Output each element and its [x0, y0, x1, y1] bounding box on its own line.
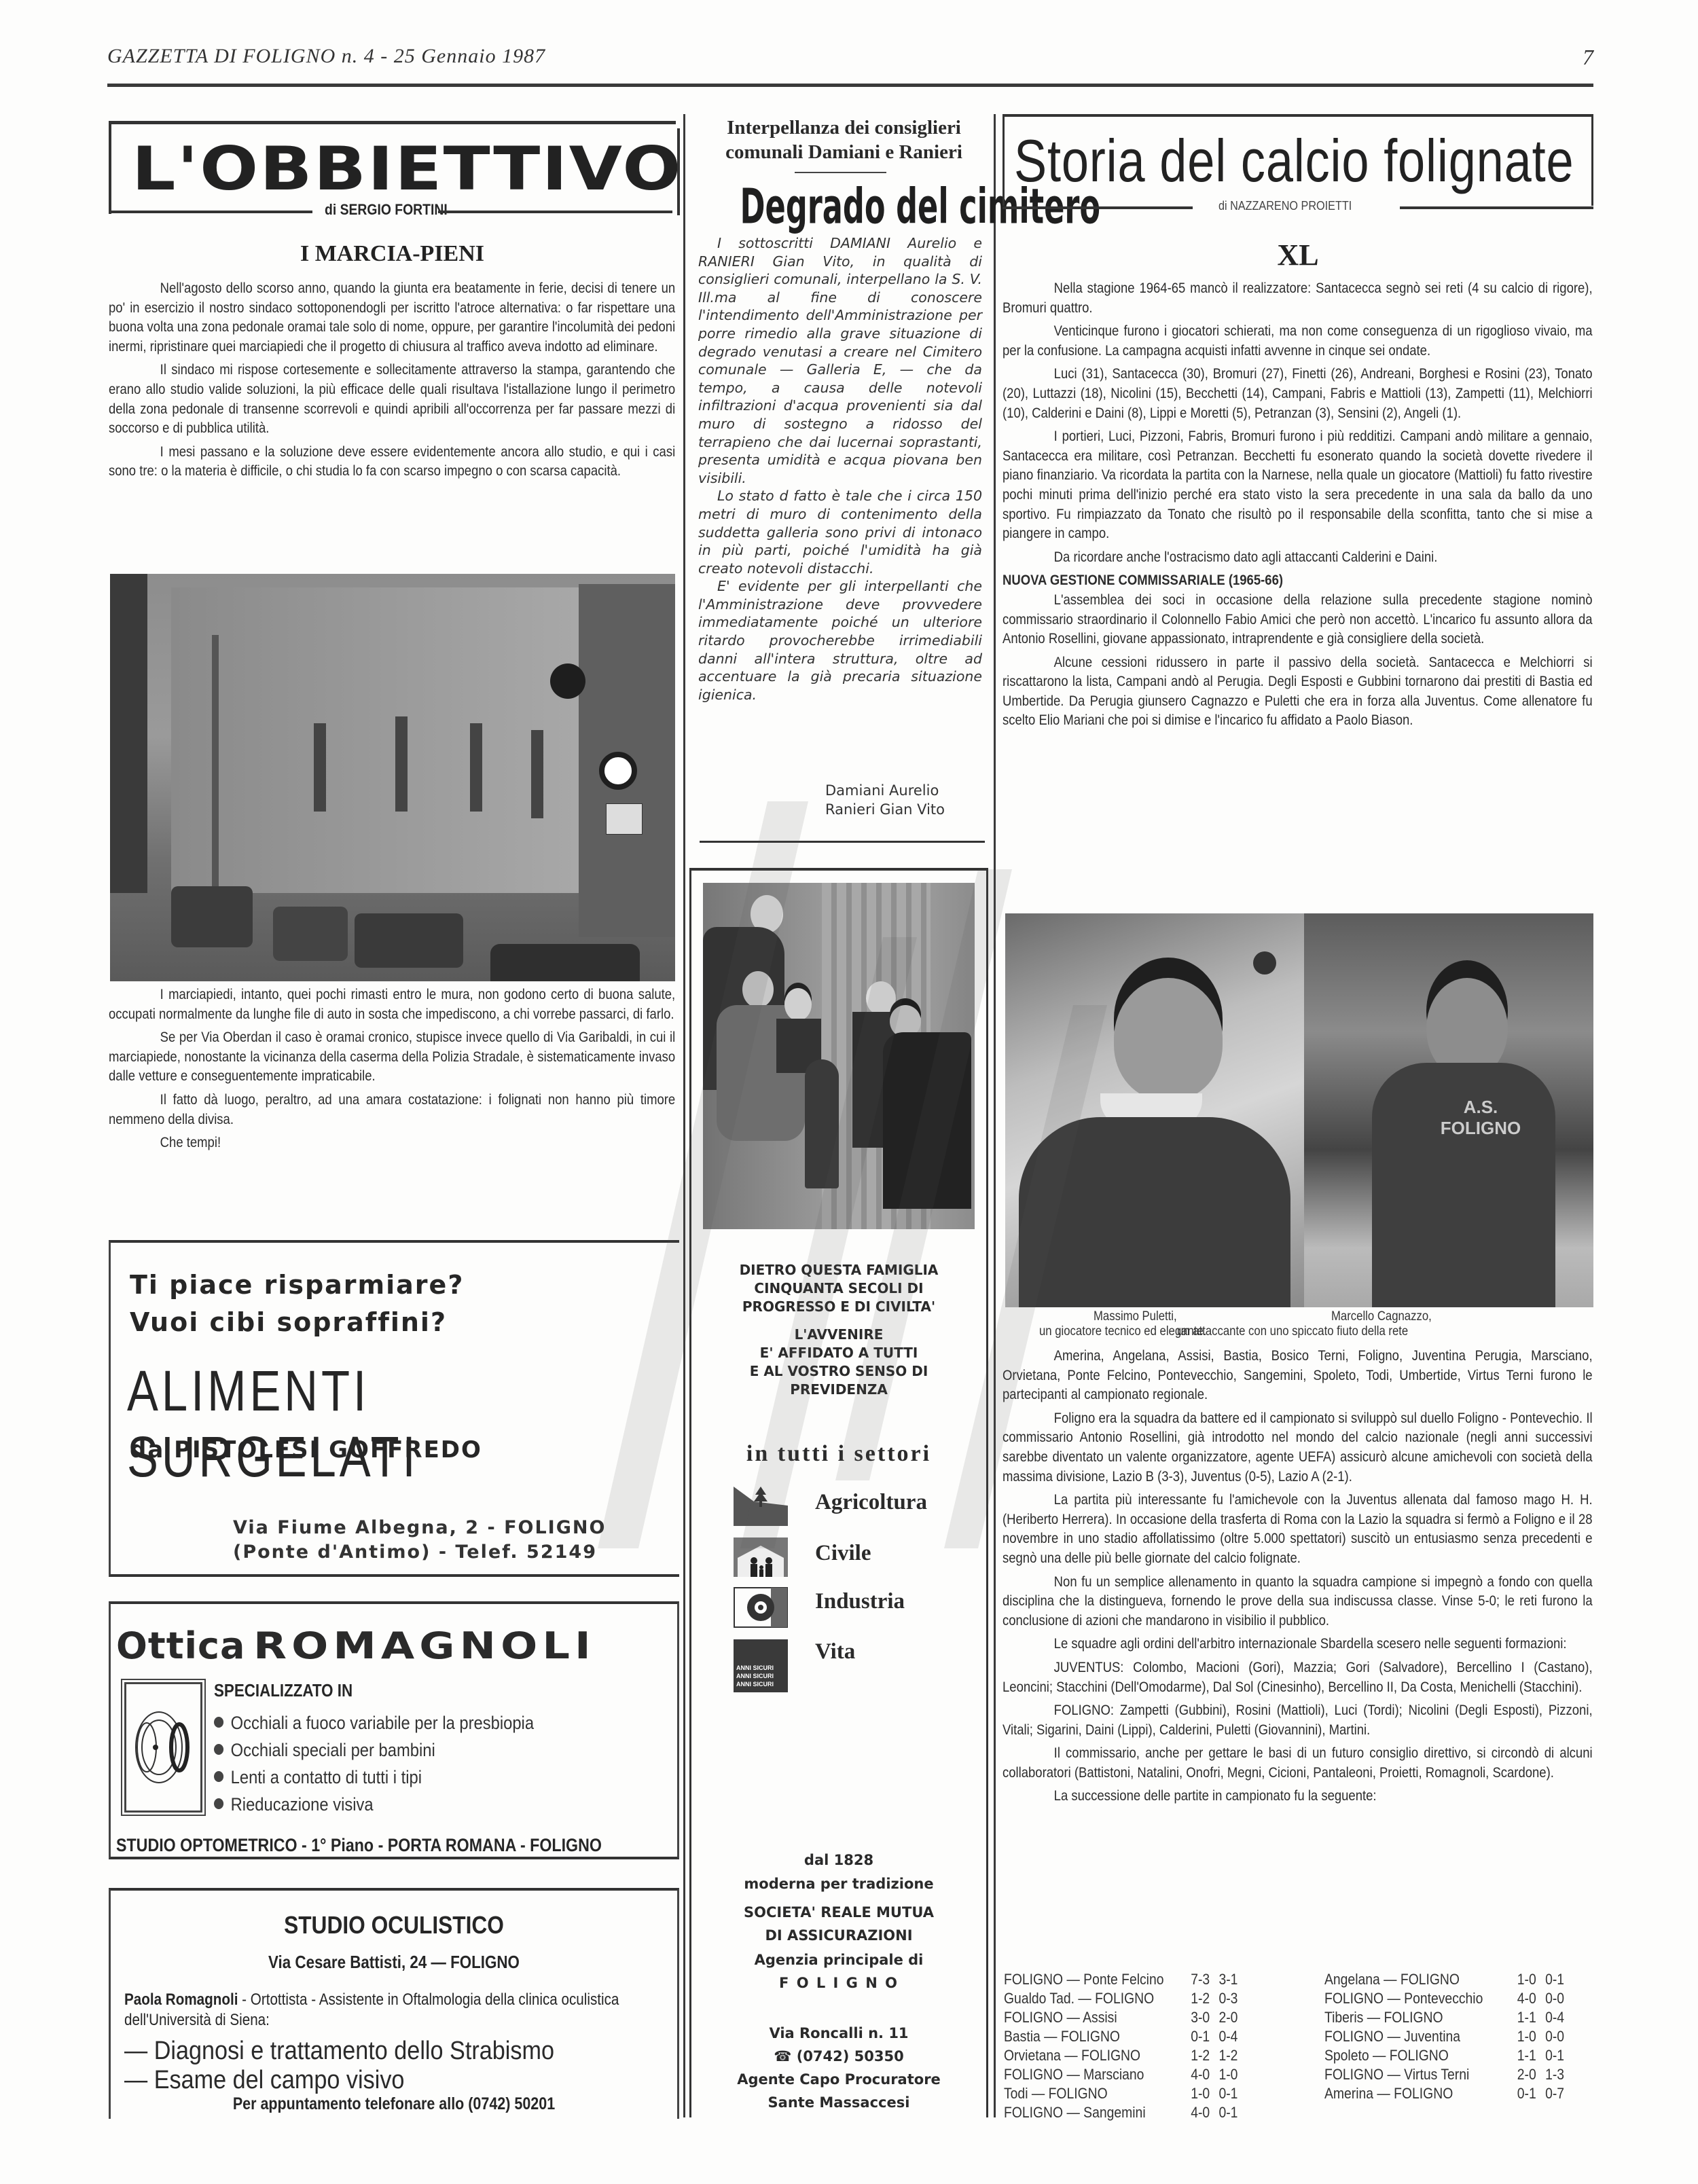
sectors-title: in tutti i settori [691, 1441, 986, 1467]
anni-sicuri-icon: ANNI SICURI ANNI SICURI ANNI SICURI [734, 1639, 788, 1692]
sector-label: Civile [815, 1541, 871, 1566]
tree-icon [734, 1487, 788, 1526]
kicker-rule [795, 172, 886, 173]
paragraph: La successione delle partite in campiona… [1002, 1786, 1593, 1806]
ad-headline: ALIMENTI SURGELATI [127, 1358, 580, 1490]
paragraph: Nell'agosto dello scorso anno, quando la… [109, 278, 675, 356]
section-rule [700, 841, 985, 843]
paragraph: Il fatto dà luogo, peraltro, ad una amar… [109, 1090, 675, 1129]
ad-ottica-romagnoli: Ottica ROMAGNOLI SPECIALIZZATO IN Occhia… [109, 1601, 679, 1859]
paragraph: Venticinque furono i giocatori schierati… [1002, 321, 1593, 360]
paragraph: I portieri, Luci, Pizzoni, Fabris, Bromu… [1002, 426, 1593, 543]
ad-reale-mutua: DIETRO QUESTA FAMIGLIA CINQUANTA SECOLI … [689, 868, 988, 2117]
article-body: Nell'agosto dello scorso anno, quando la… [109, 278, 675, 485]
storia-masthead: Storia del calcio folignate [1002, 114, 1593, 206]
paragraph: Luci (31), Santacecca (30), Bromuri (27)… [1002, 364, 1593, 422]
company-name: DI ASSICURAZIONI [691, 1927, 986, 1944]
paragraph: Amerina, Angelana, Assisi, Bastia, Bosic… [1002, 1346, 1593, 1404]
agent-title: Agente Capo Procuratore [691, 2071, 986, 2088]
ad-brand: Ottica [116, 1624, 246, 1667]
service-item: Rieducazione visiva [214, 1794, 374, 1815]
agent-name: Sante Massaccesi [691, 2094, 986, 2111]
header-rule [107, 84, 1593, 87]
telephone-icon: ☎ [774, 2048, 796, 2064]
players-photo: A.S. FOLIGNO [1005, 913, 1593, 1307]
ad-description: Paola Romagnoli - Ortottista - Assistent… [124, 1990, 676, 2031]
article-kicker: Interpellanza dei consiglieri comunali D… [700, 115, 988, 164]
article-body-continued: Amerina, Angelana, Assisi, Bastia, Bosic… [1002, 1346, 1593, 1810]
jersey-text: A.S. FOLIGNO [1440, 1097, 1521, 1124]
sector-label: Vita [815, 1639, 855, 1664]
ad-footer: Per appuntamento telefonare allo (0742) … [150, 2094, 637, 2114]
byline-row: di NAZZARENO PROIETTI [1002, 197, 1593, 217]
paragraph: Se per Via Oberdan il caso è oramai cron… [109, 1027, 675, 1086]
paragraph: L'assemblea dei soci in occasione della … [1002, 590, 1593, 649]
article-body: I sottoscritti DAMIANI Aurelio e RANIERI… [698, 234, 982, 704]
bullet-icon [214, 1798, 223, 1809]
service-item: Occhiali speciali per bambini [214, 1740, 435, 1761]
paragraph: Nella stagione 1964-65 mancò il realizza… [1002, 278, 1593, 317]
column-divider [994, 114, 996, 2117]
paragraph: Da ricordare anche l'ostracismo dato agl… [1002, 547, 1593, 567]
tagline: moderna per tradizione [691, 1876, 986, 1892]
ad-studio-oculistico: STUDIO OCULISTICO Via Cesare Battisti, 2… [109, 1888, 679, 2119]
paragraph: Il sindaco mi rispose cortesemente e sol… [109, 360, 675, 437]
company-name: SOCIETA' REALE MUTUA [691, 1904, 986, 1921]
street-photo [110, 574, 675, 981]
ad-alimenti-surgelati: Ti piace risparmiare? Vuoi cibi sopraffi… [109, 1240, 679, 1577]
obbiettivo-masthead: L'OBBIETTIVO [109, 121, 676, 214]
column-title: Storia del calcio folignate [1014, 126, 1574, 196]
agency-label: Agenzia principale di [691, 1952, 986, 1968]
gear-icon [734, 1587, 788, 1626]
signatures: Damiani Aurelio Ranieri Gian Vito [825, 781, 981, 819]
paragraph: I sottoscritti DAMIANI Aurelio e RANIERI… [698, 234, 982, 487]
article-headline: Degrado del cimitero [740, 178, 948, 235]
paragraph: Alcune cessioni ridussero in parte il pa… [1002, 653, 1593, 730]
paragraph: I marciapiedi, intanto, quei pochi rimas… [109, 985, 675, 1023]
bullet-icon [214, 1744, 223, 1755]
article-body: Nella stagione 1964-65 mancò il realizza… [1002, 278, 1593, 734]
paragraph: La partita più interessante fu l'amichev… [1002, 1490, 1593, 1567]
agency-city: F O L I G N O [691, 1975, 986, 1991]
paragraph: FOLIGNO: Zampetti (Gubbini), Rosini (Mat… [1002, 1700, 1593, 1739]
photo-caption-desc: un attaccante con uno spiccato fiuto del… [1177, 1324, 1408, 1339]
paragraph: JUVENTUS: Colombo, Macioni (Gori), Mazzi… [1002, 1658, 1593, 1696]
column-title: L'OBBIETTIVO [132, 139, 683, 199]
ad-subtitle: SPECIALIZZATO IN [214, 1680, 353, 1701]
paragraph: Lo stato d fatto è tale che i circa 150 … [698, 487, 982, 577]
byline-rule [1400, 206, 1593, 209]
since-year: dal 1828 [691, 1852, 986, 1868]
ad-brand-name: ROMAGNOLI [253, 1624, 596, 1667]
signature: Damiani Aurelio [825, 781, 981, 800]
ad-phone: (Ponte d'Antimo) - Telef. 52149 [233, 1542, 597, 1563]
ad-title: STUDIO OCULISTICO [145, 1911, 643, 1940]
sector-label: Industria [815, 1589, 905, 1614]
byline-rule [1002, 206, 1193, 209]
paragraph: Che tempi! [109, 1133, 675, 1152]
byline-row: di SERGIO FORTINI [109, 201, 676, 221]
page-number: 7 [1583, 45, 1593, 70]
practitioner-name: Paola Romagnoli [124, 1990, 238, 2009]
chapter-number: XL [1002, 238, 1593, 272]
ad-caption: L'AVVENIRE E' AFFIDATO A TUTTI E AL VOST… [691, 1326, 986, 1399]
service-item: Lenti a contatto di tutti i tipi [214, 1767, 422, 1788]
lens-logo-icon [124, 1682, 202, 1813]
paragraph: Il commissario, anche per gettare le bas… [1002, 1743, 1593, 1782]
section-heading: NUOVA GESTIONE COMMISSARIALE (1965-66) [1002, 570, 1593, 590]
ad-owner: da PISTOLESI GOFFREDO [130, 1436, 482, 1463]
bullet-icon [214, 1771, 223, 1782]
photo-caption-name: Marcello Cagnazzo, [1331, 1309, 1432, 1324]
agency-phone: ☎ (0742) 50350 [691, 2048, 986, 2064]
paragraph: E' evidente per gli interpellanti che l'… [698, 577, 982, 704]
ad-footer: STUDIO OPTOMETRICO - 1° Piano - PORTA RO… [116, 1835, 602, 1856]
paragraph: Non fu un semplice allenamento in quanto… [1002, 1572, 1593, 1631]
sector-label: Agricoltura [815, 1490, 927, 1515]
running-header: GAZZETTA DI FOLIGNO n. 4 - 25 Gennaio 19… [107, 41, 1593, 87]
family-house-icon [734, 1537, 788, 1577]
ad-question: Ti piace risparmiare? [130, 1270, 464, 1300]
service-item: Occhiali a fuoco variabile per la presbi… [214, 1713, 534, 1734]
results-table: FOLIGNO — Ponte Felcino7-33-1 Gualdo Tad… [1004, 1971, 1595, 2134]
family-illustration [703, 883, 975, 1229]
bullet-icon [214, 1717, 223, 1728]
service-item: — Esame del campo visivo [124, 2066, 404, 2095]
paragraph: Foligno era la squadra da battere ed il … [1002, 1408, 1593, 1486]
signature: Ranieri Gian Vito [825, 800, 981, 819]
photo-caption-name: Massimo Puletti, [1094, 1309, 1177, 1324]
byline: di SERGIO FORTINI [325, 201, 448, 219]
byline-rule [438, 211, 672, 213]
service-item: — Diagnosi e trattamento dello Strabismo [124, 2037, 554, 2066]
agency-address: Via Roncalli n. 11 [691, 2025, 986, 2041]
paragraph: Le squadre agli ordini dell'arbitro inte… [1002, 1634, 1593, 1654]
ad-question: Vuoi cibi sopraffini? [130, 1307, 447, 1337]
paragraph: I mesi passano e la soluzione deve esser… [109, 442, 675, 481]
ad-address: Via Cesare Battisti, 24 — FOLIGNO [150, 1952, 637, 1973]
ad-address: Via Fiume Albegna, 2 - FOLIGNO [233, 1517, 606, 1538]
ad-caption: DIETRO QUESTA FAMIGLIA CINQUANTA SECOLI … [691, 1261, 986, 1316]
frame-rule [677, 128, 680, 215]
column-divider [683, 114, 685, 2117]
publication-title: GAZZETTA DI FOLIGNO n. 4 - 25 Gennaio 19… [107, 45, 545, 68]
article-headline: I MARCIA-PIENI [109, 241, 676, 267]
byline: di NAZZARENO PROIETTI [1218, 199, 1352, 213]
article-body-continued: I marciapiedi, intanto, quei pochi rimas… [109, 985, 675, 1157]
byline-rule [109, 211, 312, 213]
